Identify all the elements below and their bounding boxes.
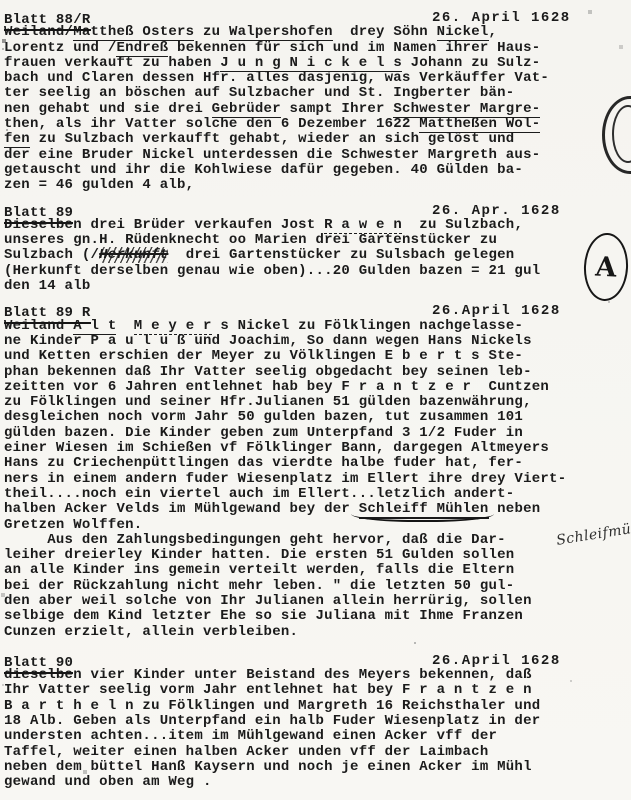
text-line: ne Kinder P a u l u ß und Joachim, So da… — [4, 334, 631, 349]
text-segment: den aber weil solche von Ihr Julianen al… — [4, 593, 532, 609]
text-line: zeitten vor 6 Jahren entlehnet hab bey F… — [4, 380, 631, 395]
marked-text: Schleiff Mühlen — [359, 501, 489, 519]
text-segment: der eine Bruder Nickel unterdessen die S… — [4, 147, 540, 163]
text-line: phan bekennen daß Ihr Vatter seelig obge… — [4, 365, 631, 380]
text-line: den 14 alb — [4, 279, 631, 294]
text-segment: B a r t h e l n zu Fölklingen und Margre… — [4, 698, 540, 714]
text-segment: Ihr Vatter seelig vorm Jahr entlehnet ha… — [4, 682, 532, 698]
text-segment: 18 Alb. Geben als Unterpfand ein halb Fu… — [4, 713, 540, 729]
text-line: unseres gn.H. Rüdenknecht oo Marien drei… — [4, 233, 631, 248]
text-segment: halben Acker Velds im Mühlgewand bey der — [4, 501, 359, 517]
text-line: bach und Claren dessen Hfr. alles dasjen… — [4, 71, 631, 86]
entry-blatt-89: Blatt 8926. Apr. 1628Dieselben drei Brüd… — [4, 203, 631, 295]
text-line: neben dem büttel Hanß Kaysern und noch j… — [4, 760, 631, 775]
text-line: der eine Bruder Nickel unterdessen die S… — [4, 148, 631, 163]
text-segment: unseres gn.H. Rüdenknecht oo Marien drei… — [4, 232, 497, 248]
text-segment: den 14 alb — [4, 278, 91, 294]
text-line: B a r t h e l n zu Fölklingen und Margre… — [4, 699, 631, 714]
text-line: Ihr Vatter seelig vorm Jahr entlehnet ha… — [4, 683, 631, 698]
text-segment: getauscht und ihr die Kohlwiese dafür ge… — [4, 162, 523, 178]
text-segment: an alle Kinder ins gemein verteilt werde… — [4, 562, 514, 578]
text-segment: zen = 46 gulden 4 alb, — [4, 177, 194, 193]
text-line: Aus den Zahlungsbedingungen geht hervor,… — [4, 533, 631, 548]
text-line: gülden bazen. Die Kinder geben zum Unter… — [4, 426, 631, 441]
text-line: dieselben vier Kinder unter Beistand des… — [4, 668, 631, 683]
text-line: Dieselben drei Brüder verkaufen Jost R a… — [4, 218, 631, 233]
text-line: zu Fölklingen und seiner Hfr.Julianen 51… — [4, 395, 631, 410]
entry-heading: Blatt 88/R — [4, 12, 91, 31]
text-line: theil....noch ein viertel auch im Ellert… — [4, 487, 631, 502]
scanned-document-page: Blatt 88/R26. April 1628Weiland/Mattheß … — [0, 0, 631, 800]
text-segment: ne Kinder P a u l u ß und Joachim, So da… — [4, 333, 532, 349]
text-segment: gülden bazen. Die Kinder geben zum Unter… — [4, 425, 523, 441]
text-segment: dieselben vier Kinder unter Beistand des… — [4, 667, 532, 683]
circled-letter: A — [595, 251, 618, 283]
text-segment: , — [489, 24, 498, 40]
text-segment: zeitten vor 6 Jahren entlehnet hab bey F… — [4, 379, 549, 395]
text-segment: selbige dem Kind letzter Ehe so sie Juli… — [4, 608, 523, 624]
text-segment: (Herkunft derselben genau wie oben)...20… — [4, 263, 540, 279]
entry-blatt-90: Blatt 9026.April 1628dieselben vier Kind… — [4, 653, 631, 791]
text-segment: zu Sulzbach verkaufft gehabt, wieder an … — [30, 131, 514, 147]
text-line: nen gehabt und sie drei Gebrüder sampt I… — [4, 102, 631, 117]
text-line: (Herkunft derselben genau wie oben)...20… — [4, 264, 631, 279]
text-line: Sulzbach (/Herkunft drei Gartenstücker z… — [4, 248, 631, 263]
entry-heading: Blatt 90 — [4, 655, 73, 674]
entry-header: Blatt 88/R26. April 1628 — [4, 10, 631, 25]
text-line: frauen verkauft zu haben J u n g N i c k… — [4, 56, 631, 71]
text-segment: phan bekennen daß Ihr Vatter seelig obge… — [4, 364, 532, 380]
text-line: halben Acker Velds im Mühlgewand bey der… — [4, 502, 631, 517]
text-segment: Hans zu Criechenpüttlingen das vierdte h… — [4, 455, 523, 471]
text-line: einer Wiesen im Schießen vf Fölklinger B… — [4, 441, 631, 456]
text-segment: drei Gartenstücker zu Sulsbach gelegen — [168, 247, 514, 263]
text-line: understen achten...item im Mühlgewand ei… — [4, 729, 631, 744]
text-line: Weiland/Mattheß Osters zu Walpershofen d… — [4, 25, 631, 40]
text-segment: understen achten...item im Mühlgewand ei… — [4, 728, 497, 744]
entry-date: 26. Apr. 1628 — [432, 203, 561, 219]
text-segment: Sulzbach (/ — [4, 247, 99, 263]
marked-text: Herkunft — [99, 247, 168, 263]
text-segment: leiher dreierley Kinder hatten. Die erst… — [4, 547, 514, 563]
entry-header: Blatt 8926. Apr. 1628 — [4, 203, 631, 218]
text-segment: desgleichen noch vorm Jahr 50 gulden baz… — [4, 409, 523, 425]
text-segment: zu Sulzbach, — [402, 217, 523, 233]
document-text: Blatt 88/R26. April 1628Weiland/Mattheß … — [4, 10, 631, 791]
entry-date: 26.April 1628 — [432, 303, 561, 319]
text-segment: Gretzen Wolffen. — [4, 517, 142, 533]
text-line: Weiland A l t M e y e r s Nickel zu Fölk… — [4, 319, 631, 334]
text-line: zen = 46 gulden 4 alb, — [4, 178, 631, 193]
entry-blatt-88-r: Blatt 88/R26. April 1628Weiland/Mattheß … — [4, 10, 631, 194]
text-segment: einer Wiesen im Schießen vf Fölklinger B… — [4, 440, 549, 456]
entry-blatt-89-r: Blatt 89 R26.April 1628Weiland A l t M e… — [4, 303, 631, 640]
text-segment: gewand und oben am Weg . — [4, 774, 212, 790]
text-segment: Lorentz und / — [4, 40, 116, 56]
text-segment: neben dem büttel Hanß Kaysern und noch j… — [4, 759, 532, 775]
text-segment: s Nickel zu Fölklingen nachgelasse- — [212, 318, 523, 334]
text-segment: bach und Claren dessen Hfr. alles dasjen… — [4, 70, 549, 86]
text-segment: bei der Rückzahlung nicht mehr leben. " … — [4, 578, 514, 594]
text-line: den aber weil solche von Ihr Julianen al… — [4, 594, 631, 609]
text-segment: ter seelig an böschen auf Sulzbacher und… — [4, 85, 514, 101]
text-line: Taffel, weiter einen halben Acker unden … — [4, 745, 631, 760]
text-line: Lorentz und /Endreß bekennen für sich un… — [4, 41, 631, 56]
text-line: ter seelig an böschen auf Sulzbacher und… — [4, 86, 631, 101]
text-segment: ners in einem andern fuder Wiesenplatz i… — [4, 471, 566, 487]
text-segment: zu Fölklingen und seiner Hfr.Julianen 51… — [4, 394, 532, 410]
text-segment: frauen verkauft zu haben — [4, 55, 220, 71]
scan-noise-specks — [0, 0, 2, 2]
text-line: then, als ihr Vatter solche den 6 Dezemb… — [4, 117, 631, 132]
entry-header: Blatt 89 R26.April 1628 — [4, 303, 631, 318]
partial-seal-inner-ring — [612, 105, 631, 163]
text-line: selbige dem Kind letzter Ehe so sie Juli… — [4, 609, 631, 624]
text-segment: drey Söhn — [333, 24, 437, 40]
text-line: fen zu Sulzbach verkaufft gehabt, wieder… — [4, 132, 631, 147]
text-segment: Taffel, weiter einen halben Acker unden … — [4, 744, 488, 760]
text-segment: Johann zu Sulz- — [402, 55, 540, 71]
text-line: getauscht und ihr die Kohlwiese dafür ge… — [4, 163, 631, 178]
text-segment: Aus den Zahlungsbedingungen geht hervor,… — [4, 532, 506, 548]
entry-heading: Blatt 89 — [4, 205, 73, 224]
text-segment: zu — [194, 24, 229, 40]
text-line: Cunzen erzielt, allein verbleiben. — [4, 625, 631, 640]
text-segment: Cunzen erzielt, allein verbleiben. — [4, 624, 298, 640]
text-line: an alle Kinder ins gemein verteilt werde… — [4, 563, 631, 578]
text-line: Gretzen Wolffen. — [4, 518, 631, 533]
entry-date: 26.April 1628 — [432, 653, 561, 669]
text-segment: then, als ihr Vatter solche den 6 Dezemb… — [4, 116, 419, 132]
text-segment: sampt Ihrer — [281, 101, 393, 117]
entry-date: 26. April 1628 — [432, 10, 571, 26]
text-line: 18 Alb. Geben als Unterpfand ein halb Fu… — [4, 714, 631, 729]
text-line: gewand und oben am Weg . — [4, 775, 631, 790]
text-segment: theil....noch ein viertel auch im Ellert… — [4, 486, 514, 502]
text-line: ners in einem andern fuder Wiesenplatz i… — [4, 472, 631, 487]
text-line: bei der Rückzahlung nicht mehr leben. " … — [4, 579, 631, 594]
text-segment: und Ketten erschien der Meyer zu Völklin… — [4, 348, 523, 364]
entry-heading: Blatt 89 R — [4, 305, 91, 324]
text-line: Hans zu Criechenpüttlingen das vierdte h… — [4, 456, 631, 471]
entry-header: Blatt 9026.April 1628 — [4, 653, 631, 668]
text-segment — [116, 318, 133, 334]
text-line: und Ketten erschien der Meyer zu Völklin… — [4, 349, 631, 364]
text-segment: neben — [489, 501, 541, 517]
text-line: desgleichen noch vorm Jahr 50 gulden baz… — [4, 410, 631, 425]
text-line: leiher dreierley Kinder hatten. Die erst… — [4, 548, 631, 563]
text-segment: bekennen für sich und im Namen ihrer Hau… — [168, 40, 540, 56]
text-segment: nen gehabt und sie drei — [4, 101, 212, 117]
